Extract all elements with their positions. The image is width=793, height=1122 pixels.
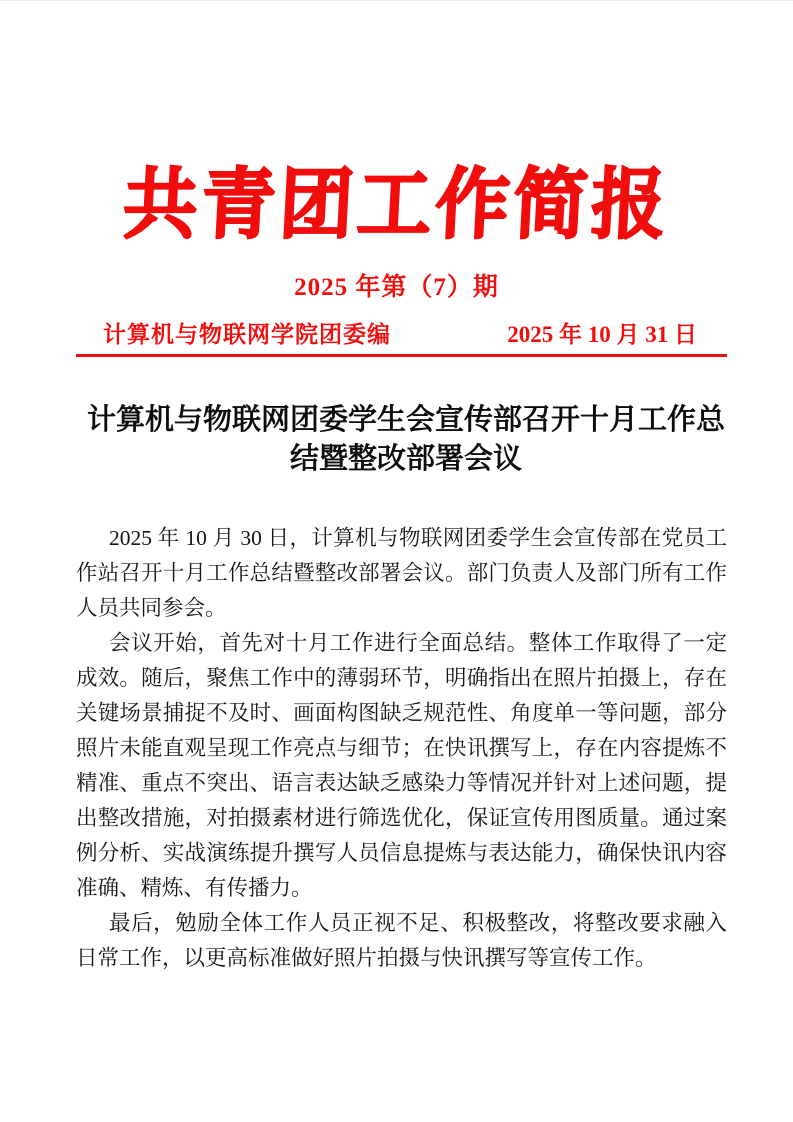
bulletin-page: 共青团工作简报 2025 年第（7）期 计算机与物联网学院团委编 2025 年 … bbox=[0, 0, 793, 1122]
publish-date: 2025 年 10 月 31 日 bbox=[507, 316, 697, 349]
issue-number: 2025 年第（7）期 bbox=[0, 267, 793, 303]
editor-credit: 计算机与物联网学院团委编 bbox=[103, 316, 391, 349]
header-row: 计算机与物联网学院团委编 2025 年 10 月 31 日 bbox=[76, 316, 727, 349]
article-title: 计算机与物联网团委学生会宣传部召开十月工作总结暨整改部署会议 bbox=[76, 401, 736, 479]
paragraph-2: 会议开始，首先对十月工作进行全面总结。整体工作取得了一定成效。随后，聚焦工作中的… bbox=[76, 626, 727, 906]
paragraph-3: 最后，勉励全体工作人员正视不足、积极整改，将整改要求融入日常工作，以更高标准做好… bbox=[76, 906, 727, 976]
paragraph-1: 2025 年 10 月 30 日，计算机与物联网团委学生会宣传部在党员工作站召开… bbox=[76, 521, 727, 626]
content-area: 计算机与物联网学院团委编 2025 年 10 月 31 日 计算机与物联网团委学… bbox=[0, 316, 793, 976]
masthead-title: 共青团工作简报 bbox=[0, 157, 793, 253]
article-body: 2025 年 10 月 30 日，计算机与物联网团委学生会宣传部在党员工作站召开… bbox=[76, 521, 727, 976]
red-divider-rule bbox=[76, 354, 727, 357]
